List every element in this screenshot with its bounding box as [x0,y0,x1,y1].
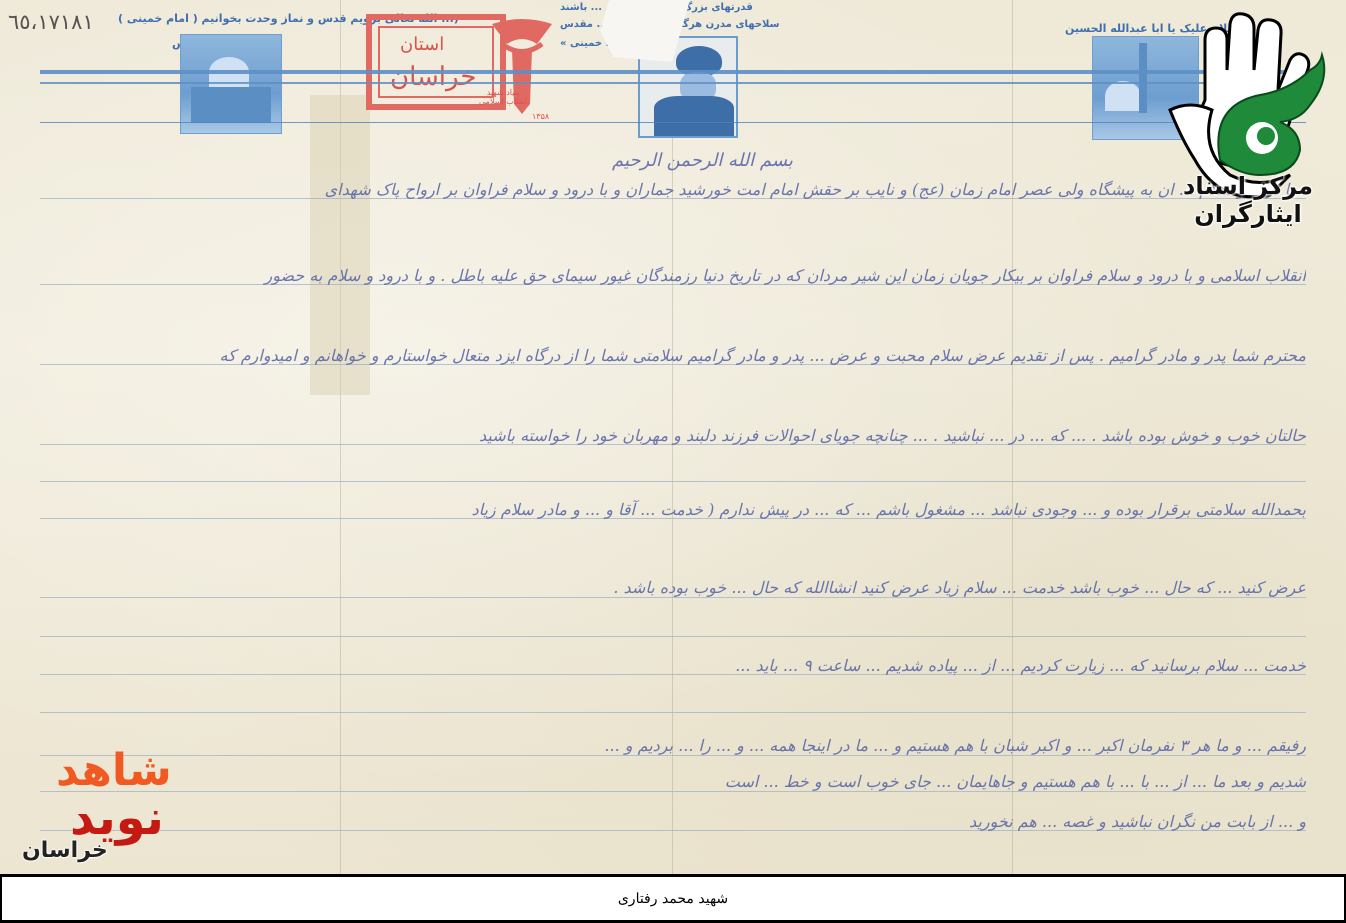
letterhead-rule [40,70,1306,74]
letter-line-8: رفیقم ... و ما هر ۳ نفرمان اکبر ... و اک… [6,736,1306,755]
caption-text: شهید محمد رفتاری [618,891,728,907]
navid-logo-province: خراسان [22,838,108,863]
letter-line-4: حالتان خوب و خوش بوده باشد . ... که ... … [6,426,1306,445]
emblem-year: ۱۳۵۸ [532,112,549,121]
letter-line-7: خدمت ... سلام برسانید که ... زیارت کردیم… [6,656,1306,675]
letter-paper: ٦٥،١٧١٨١ (... الله تعالی برویم قدس و نما… [0,0,1346,876]
dome-of-rock-image [180,34,282,134]
letter-line-1: با درود و سلام ... ان به پیشگاه ولی عصر … [44,180,1294,199]
letter-heading: بسم الله الرحمن الرحیم [612,150,793,171]
emblem-text: بنیاد شهید انقلاب اسلامی [478,88,528,106]
letter-line-5: بحمدالله سلامتی برقرار بوده و ... وجودی … [6,500,1306,519]
isargaran-logo-text: مرکز اسناد ایثارگران [1150,172,1346,228]
serial-number: ٦٥،١٧١٨١ [8,10,94,34]
letter-image: ٦٥،١٧١٨١ (... الله تعالی برویم قدس و نما… [0,0,1346,923]
letter-line-6: عرض کنید ... که حال ... خوب باشد خدمت ..… [6,578,1306,597]
navid-logo-top: شاهد [56,745,172,796]
letter-line-2: انقلاب اسلامی و با درود و سلام فراوان بر… [6,266,1306,285]
letterhead-rule [40,82,1306,84]
letterhead-rule [40,122,1306,123]
letter-line-9: شدیم و بعد ما ... از ... با ... با هم هس… [6,772,1306,791]
letter-line-10: و ... از بابت من نگران نباشید و غصه ... … [6,812,1306,831]
caption-box: شهید محمد رفتاری [0,874,1346,923]
letter-line-3: محترم شما پدر و مادر گرامیم . پس از تقدی… [6,346,1306,365]
